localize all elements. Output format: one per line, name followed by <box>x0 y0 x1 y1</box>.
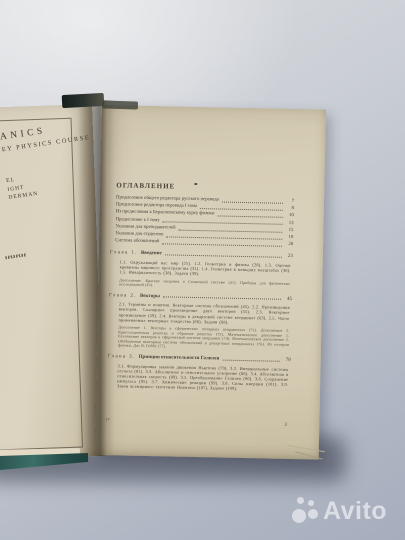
chapter-block: Глава 3. Принцип относительности Галилея… <box>112 354 291 392</box>
avito-dot <box>308 500 314 506</box>
chapter-page: 45 <box>283 297 292 302</box>
chapter-page: 79 <box>282 358 291 363</box>
avito-dot <box>308 509 318 519</box>
avito-logo-icon <box>292 497 320 526</box>
binding-wear-mark <box>62 93 105 108</box>
binding-wear-mark <box>102 100 138 109</box>
chapter-heading: Глава 3. Принцип относительности Галилея… <box>108 354 291 363</box>
dot-leader <box>162 243 282 247</box>
chapter-sections: 2.1. Термины и понятия. Векторная систем… <box>118 302 289 326</box>
avito-watermark: Avito <box>292 497 387 526</box>
avito-watermark-label: Avito <box>323 497 387 526</box>
chapter-title: Векторы <box>140 294 160 299</box>
chapter-sections: 1.1. Окружающий нас мир (25). 1.2. Геоме… <box>119 259 290 278</box>
photo-of-open-book: ANICS EY PHYSICS COURSE EL IGHT DERMAN О… <box>0 0 405 540</box>
dot-leader <box>165 254 282 257</box>
chapter-supplement: Дополнение. Краткие сведения о Солнечной… <box>119 278 290 291</box>
toc-heading: ОГЛАВЛЕНИЕ <box>116 181 294 193</box>
page-number: 3 <box>284 423 287 428</box>
toc-entry-title: Система обозначений <box>115 238 159 246</box>
chapter-heading: Глава 2. Векторы 45 <box>109 293 292 302</box>
chapter-supplement: Дополнение 1. Векторы в сферических поля… <box>118 325 289 352</box>
chapter-title: Принцип относительности Галилея <box>139 355 220 362</box>
chapter-block: Глава 2. Векторы 45 2.1. Термины и понят… <box>113 293 292 352</box>
chapter-heading: Глава 1. Введение 23 <box>110 251 293 260</box>
table-of-contents: ОГЛАВЛЕНИЕ Предисловие общего редактора … <box>112 181 294 392</box>
chapter-title: Введение <box>141 251 162 256</box>
book-gutter-shadow <box>78 100 114 456</box>
dot-leader <box>222 359 279 361</box>
chapter-label: Глава 1. <box>110 251 138 257</box>
chapter-block: Глава 1. Введение 23 1.1. Окружающий нас… <box>114 251 293 291</box>
avito-dot <box>297 497 304 504</box>
chapter-sections: 3.1. Формулировка законов движения Ньюто… <box>117 363 289 393</box>
contents-page: ОГЛАВЛЕНИЕ Предисловие общего редактора … <box>95 105 326 460</box>
toc-entry-page: 20 <box>284 241 293 248</box>
avito-dot <box>292 509 306 523</box>
dot-leader <box>163 297 281 300</box>
chapter-page: 23 <box>284 254 293 259</box>
